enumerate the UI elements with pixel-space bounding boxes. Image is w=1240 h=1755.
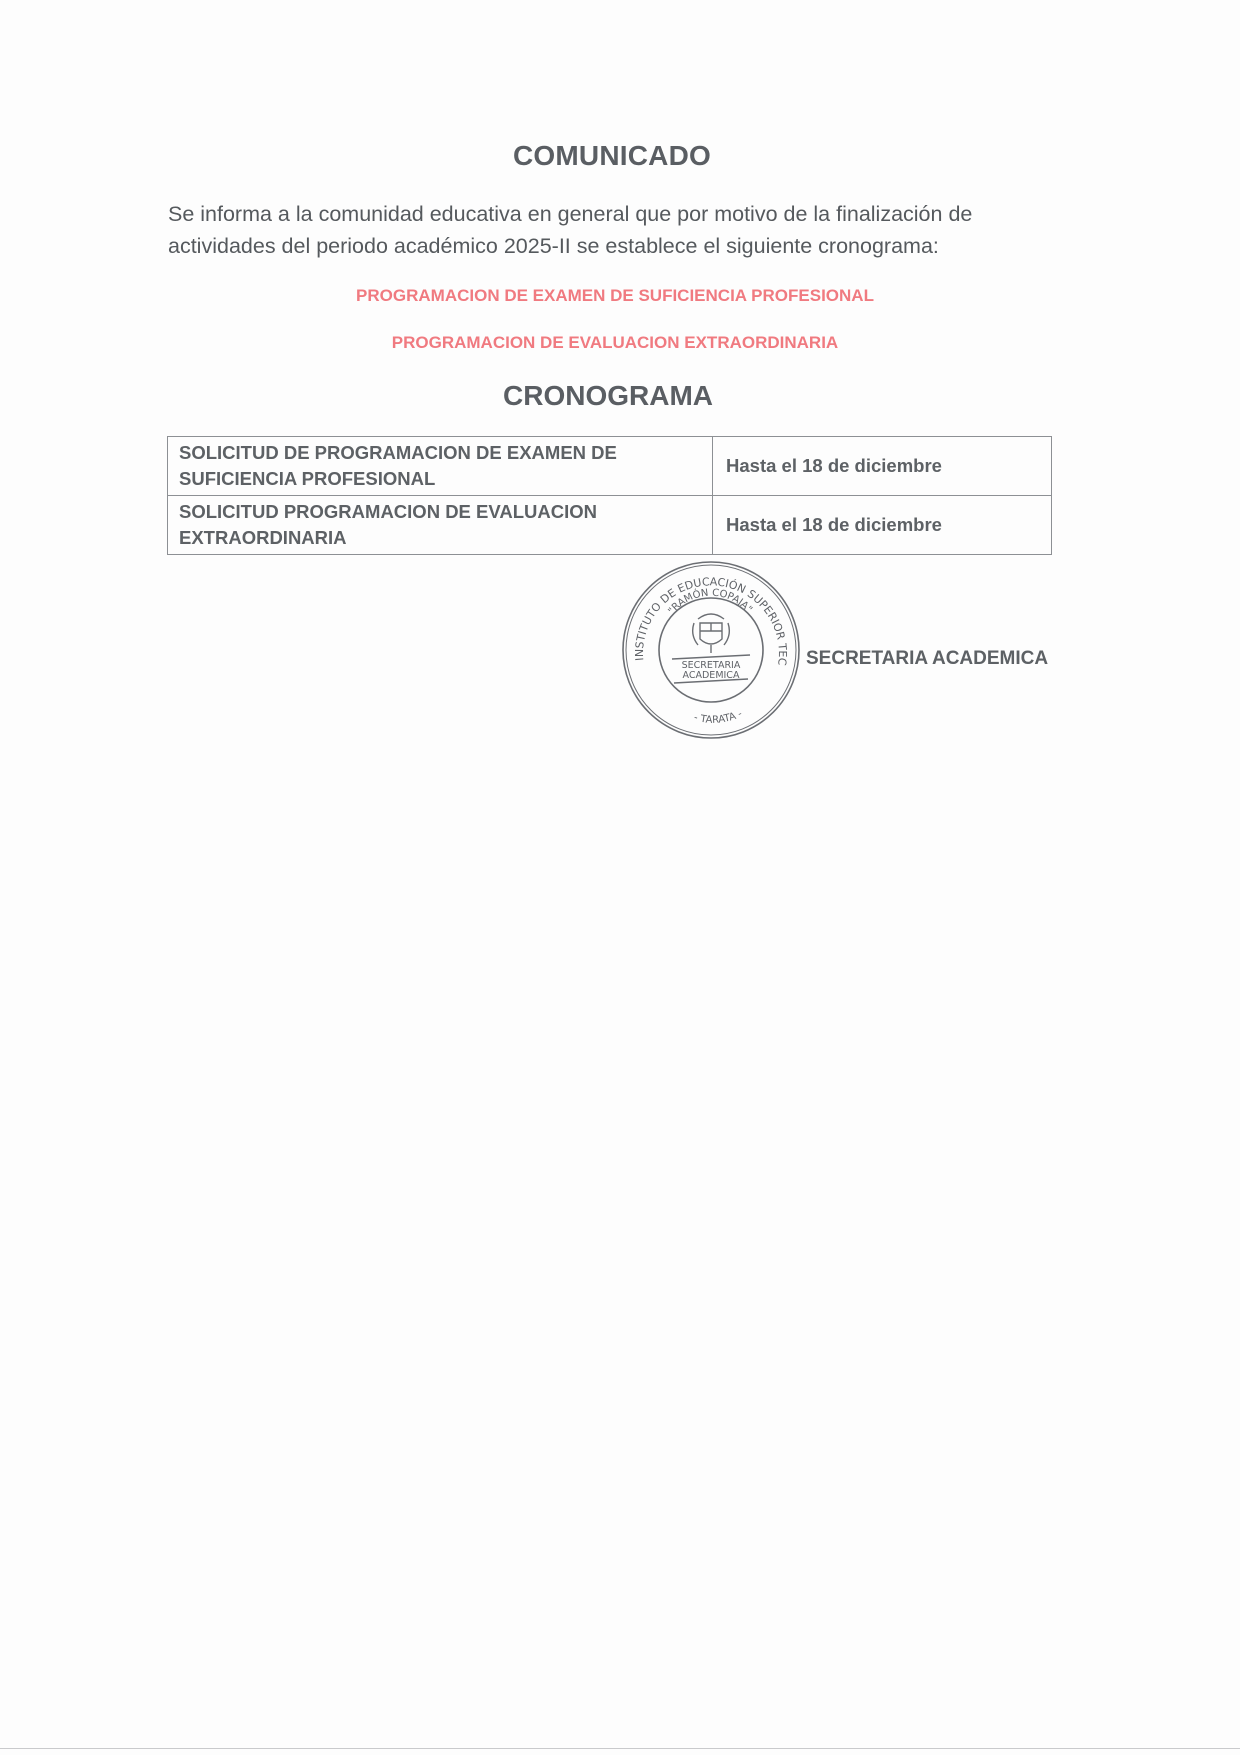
request-cell: SOLICITUD PROGRAMACION DE EVALUACION EXT… (168, 496, 713, 555)
stamp-bottom-text: - TARATA - (693, 708, 745, 726)
official-stamp: INSTITUTO DE EDUCACIÓN SUPERIOR TECNOLOG… (618, 557, 804, 743)
highlight-exam-programming: PROGRAMACION DE EXAMEN DE SUFICIENCIA PR… (0, 286, 1235, 306)
table-row: SOLICITUD DE PROGRAMACION DE EXAMEN DE S… (168, 437, 1052, 496)
intro-paragraph: Se informa a la comunidad educativa en g… (168, 198, 1068, 262)
deadline-cell: Hasta el 18 de diciembre (713, 437, 1052, 496)
table-row: SOLICITUD PROGRAMACION DE EVALUACION EXT… (168, 496, 1052, 555)
document-page: COMUNICADO Se informa a la comunidad edu… (0, 0, 1240, 1755)
request-text-line1: SOLICITUD PROGRAMACION DE EVALUACION (179, 501, 597, 522)
schedule-table: SOLICITUD DE PROGRAMACION DE EXAMEN DE S… (167, 436, 1052, 555)
coat-of-arms-icon (693, 614, 730, 653)
schedule-title: CRONOGRAMA (0, 380, 1228, 412)
request-cell: SOLICITUD DE PROGRAMACION DE EXAMEN DE S… (168, 437, 713, 496)
document-title: COMUNICADO (0, 140, 1232, 172)
signature-label: SECRETARIA ACADEMICA (806, 648, 1048, 670)
deadline-cell: Hasta el 18 de diciembre (713, 496, 1052, 555)
request-text-line2: SUFICIENCIA PROFESIONAL (179, 468, 435, 489)
page-bottom-edge (0, 1748, 1240, 1749)
request-text-line1: SOLICITUD DE PROGRAMACION DE EXAMEN DE (179, 442, 617, 463)
highlight-extraordinary-evaluation: PROGRAMACION DE EVALUACION EXTRAORDINARI… (0, 333, 1235, 353)
stamp-label-line2: ACADEMICA (683, 670, 740, 681)
request-text-line2: EXTRAORDINARIA (179, 527, 347, 548)
